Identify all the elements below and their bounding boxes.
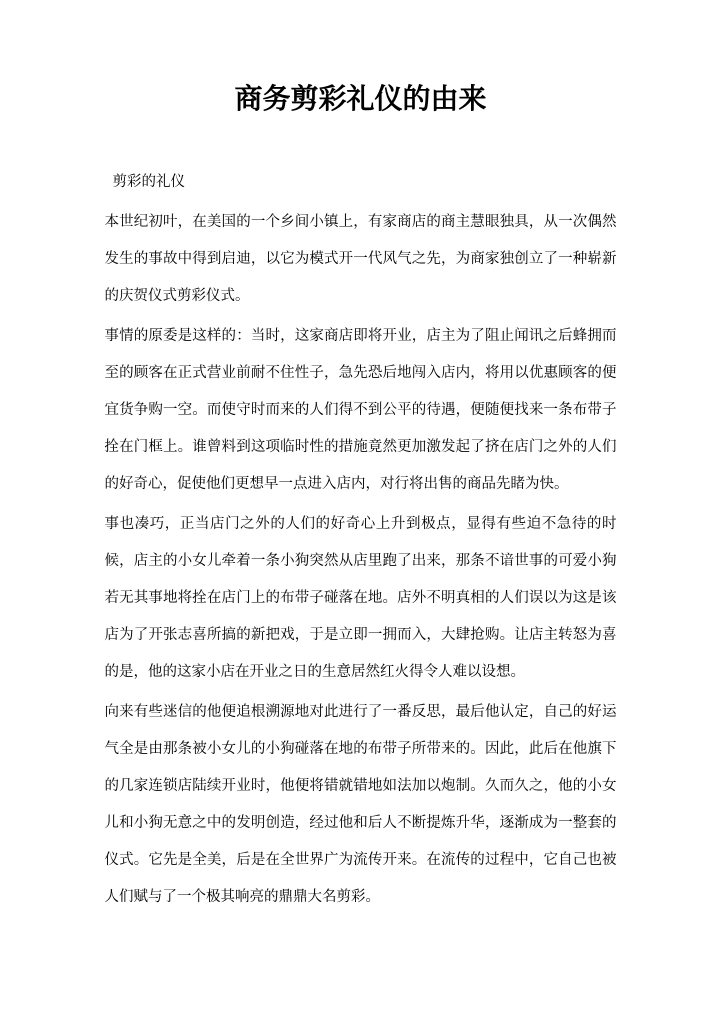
document-subtitle: 剪彩的礼仪 bbox=[105, 164, 617, 201]
document-title: 商务剪彩礼仪的由来 bbox=[0, 78, 721, 122]
document-page: 商务剪彩礼仪的由来 剪彩的礼仪 本世纪初叶，在美国的一个乡间小镇上，有家商店的商… bbox=[0, 0, 721, 1020]
paragraph: 向来有些迷信的他便追根溯源地对此进行了一番反思，最后他认定，自己的好运气全是由那… bbox=[105, 694, 617, 916]
paragraph: 事也凑巧，正当店门之外的人们的好奇心上升到极点，显得有些迫不急待的时候，店主的小… bbox=[105, 506, 617, 691]
paragraph: 事情的原委是这样的：当时，这家商店即将开业，店主为了阻止闻讯之后蜂拥而至的顾客在… bbox=[105, 318, 617, 503]
document-body: 剪彩的礼仪 本世纪初叶，在美国的一个乡间小镇上，有家商店的商主慧眼独具，从一次偶… bbox=[105, 164, 617, 916]
paragraph: 本世纪初叶，在美国的一个乡间小镇上，有家商店的商主慧眼独具，从一次偶然发生的事故… bbox=[105, 204, 617, 315]
